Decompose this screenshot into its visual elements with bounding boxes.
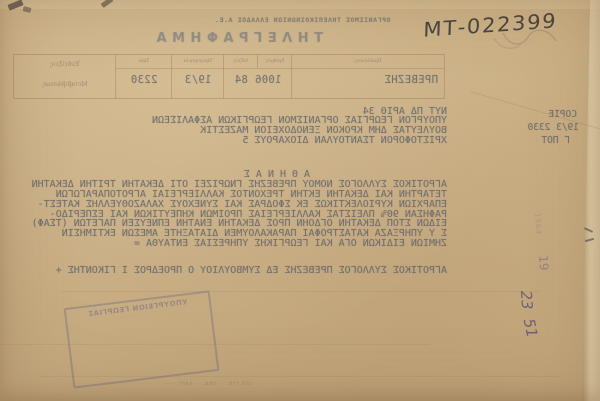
edge-stamp-year: 1964 [533,213,543,235]
ink-blot [23,6,32,13]
archive-number-handwriting: ΜΤ-022399 [423,8,558,41]
paper-top-highlight [0,0,600,9]
edge-ink-marks [584,227,594,249]
paper-right-edge [582,0,600,401]
faint-rule [40,376,560,377]
front-annotations-layer: ΜΤ-022399 1964 19 23 51 [0,0,600,401]
faint-rule [60,291,540,292]
edge-stamp-number: 19 [536,255,551,271]
side-number-23: 23 [517,290,536,310]
telegram-back-scan: ΟΡΓΑΝΙΣΜΟΣ ΤΗΛΕΠΙΚΟΙΝΩΝΙΩΝ ΕΛΛΑΔΟΣ Α.Ε. … [0,0,600,401]
paper-crease [471,91,600,133]
faint-rule [0,344,430,345]
side-number-51: 51 [520,317,542,339]
